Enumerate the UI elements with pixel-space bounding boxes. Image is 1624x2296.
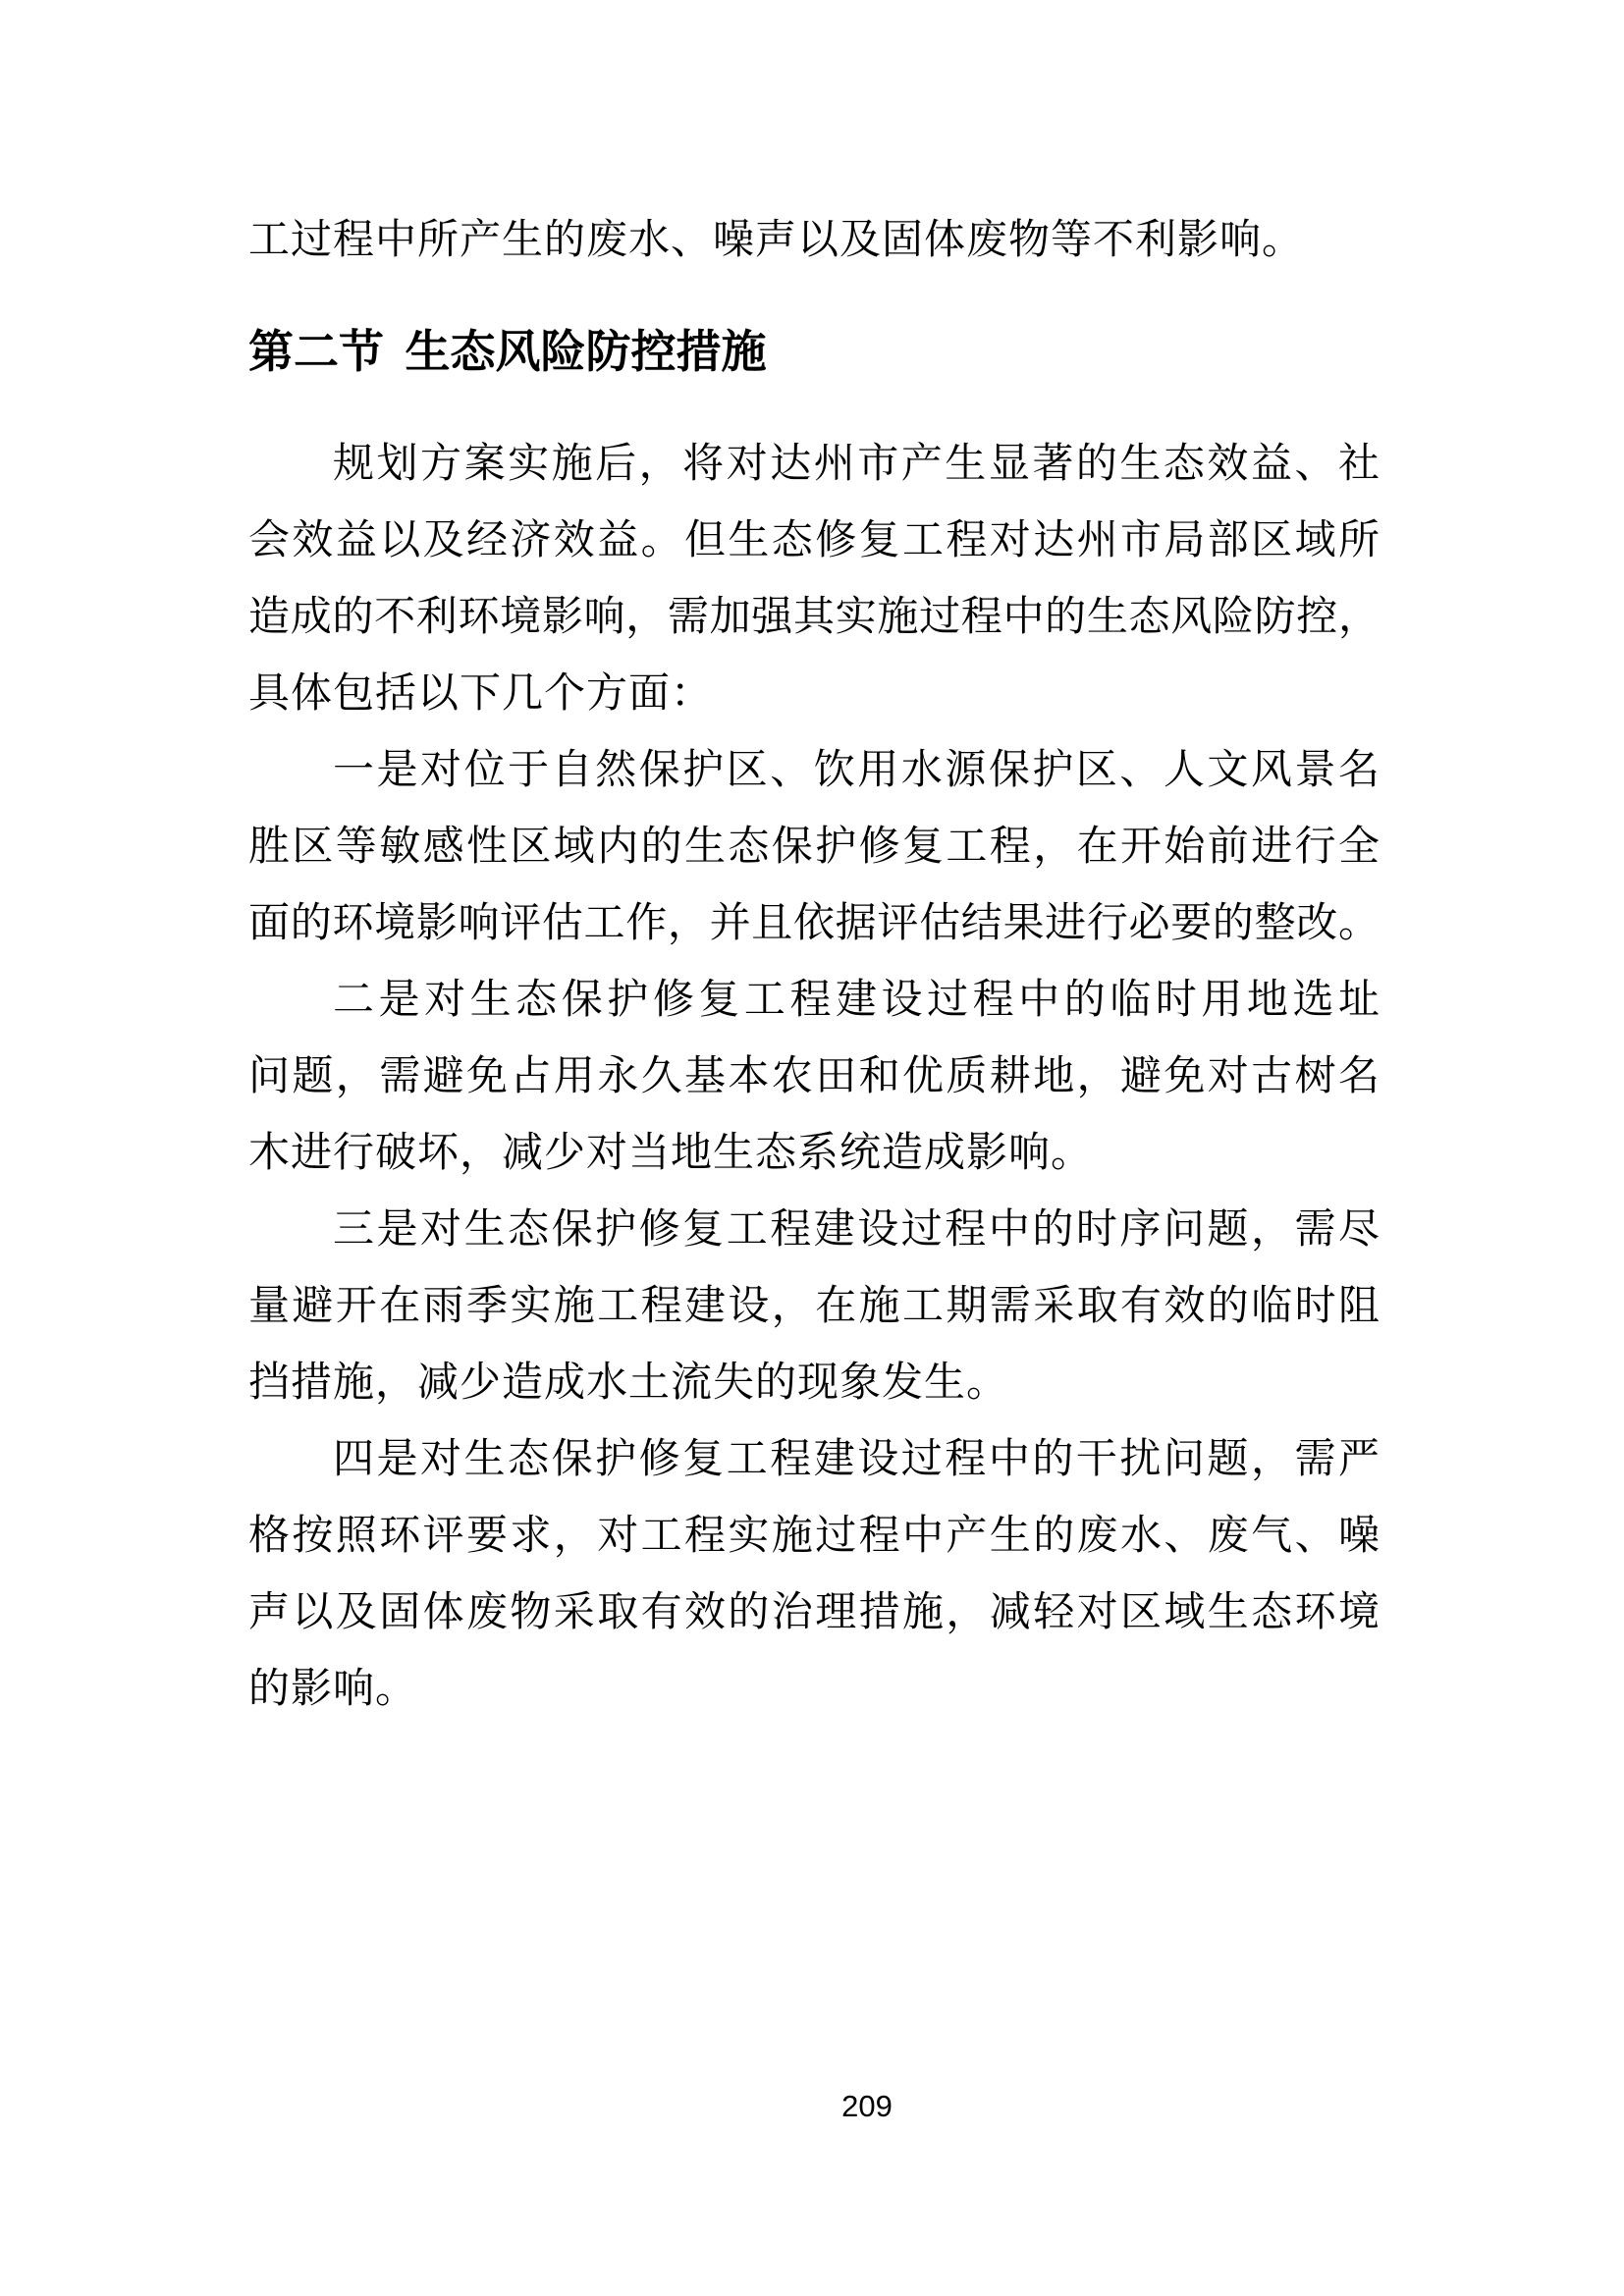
text-line: 二是对生态保护修复工程建设过程中的临时用地选址 (248, 962, 1380, 1039)
text-line: 的影响。 (248, 1651, 1380, 1728)
text-line: 四是对生态保护修复工程建设过程中的干扰问题，需严 (248, 1421, 1380, 1498)
paragraph: 二是对生态保护修复工程建设过程中的临时用地选址 问题，需避免占用永久基本农田和优… (248, 962, 1380, 1192)
text-line: 声以及固体废物采取有效的治理措施，减轻对区域生态环境 (248, 1575, 1380, 1651)
text-line: 会效益以及经济效益。但生态修复工程对达州市局部区域所 (248, 503, 1380, 579)
text-line: 面的环境影响评估工作，并且依据评估结果进行必要的整改。 (248, 885, 1380, 962)
paragraph: 规划方案实施后，将对达州市产生显著的生态效益、社 会效益以及经济效益。但生态修复… (248, 426, 1380, 732)
body-text: 工过程中所产生的废水、噪声以及固体废物等不利影响。 第二节 生态风险防控措施 规… (248, 202, 1380, 1728)
document-page: 工过程中所产生的废水、噪声以及固体废物等不利影响。 第二节 生态风险防控措施 规… (0, 0, 1624, 2296)
text-line: 问题，需避免占用永久基本农田和优质耕地，避免对古树名 (248, 1039, 1380, 1115)
text-line: 一是对位于自然保护区、饮用水源保护区、人文风景名 (248, 732, 1380, 809)
paragraph: 一是对位于自然保护区、饮用水源保护区、人文风景名 胜区等敏感性区域内的生态保护修… (248, 732, 1380, 962)
page-number: 209 (55, 2087, 1624, 2126)
text-line: 三是对生态保护修复工程建设过程中的时序问题，需尽 (248, 1192, 1380, 1268)
section-heading: 第二节 生态风险防控措施 (248, 314, 1380, 391)
text-line: 格按照环评要求，对工程实施过程中产生的废水、废气、噪 (248, 1498, 1380, 1575)
paragraph: 三是对生态保护修复工程建设过程中的时序问题，需尽 量避开在雨季实施工程建设，在施… (248, 1192, 1380, 1421)
paragraph: 四是对生态保护修复工程建设过程中的干扰问题，需严 格按照环评要求，对工程实施过程… (248, 1421, 1380, 1728)
text-line: 规划方案实施后，将对达州市产生显著的生态效益、社 (248, 426, 1380, 503)
text-line: 木进行破坏，减少对当地生态系统造成影响。 (248, 1115, 1380, 1192)
text-line: 具体包括以下几个方面： (248, 656, 1380, 732)
text-line: 挡措施，减少造成水土流失的现象发生。 (248, 1345, 1380, 1421)
text-line: 胜区等敏感性区域内的生态保护修复工程，在开始前进行全 (248, 809, 1380, 885)
text-line: 量避开在雨季实施工程建设，在施工期需采取有效的临时阻 (248, 1268, 1380, 1345)
paragraph-tail-line: 工过程中所产生的废水、噪声以及固体废物等不利影响。 (248, 202, 1380, 279)
text-line: 造成的不利环境影响，需加强其实施过程中的生态风险防控， (248, 579, 1380, 656)
